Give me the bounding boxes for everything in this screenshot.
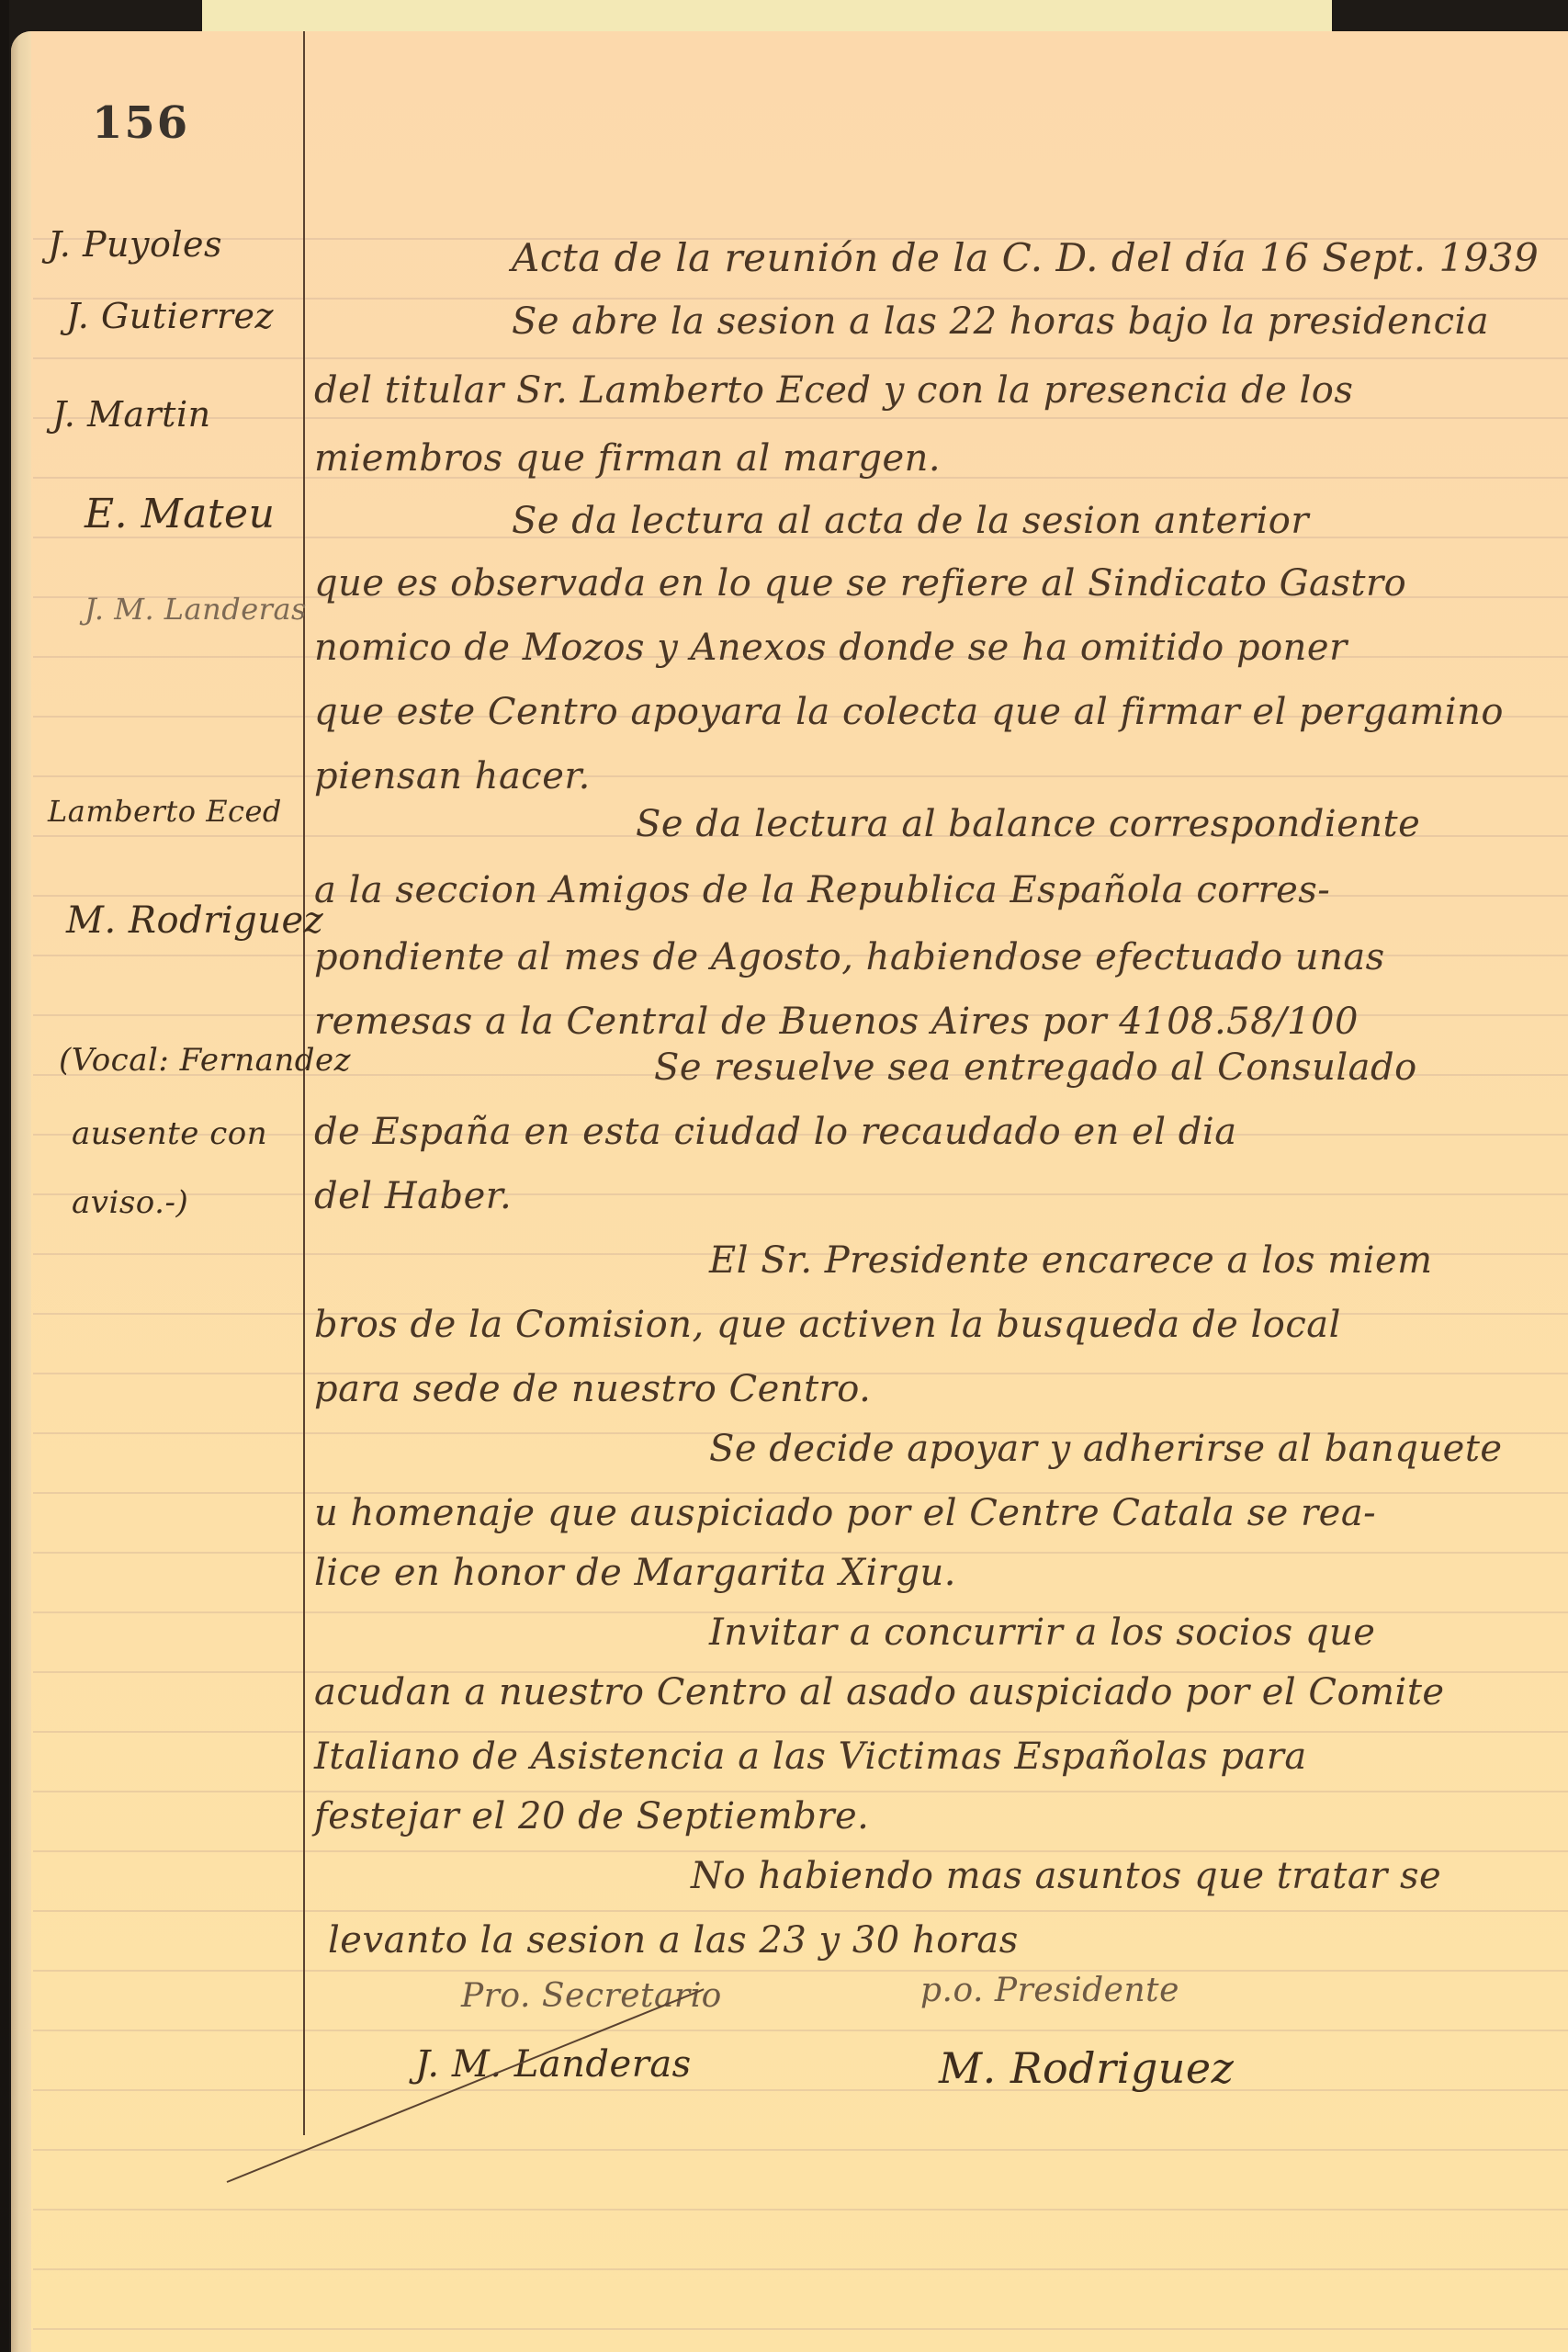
minutes-line: que este Centro apoyara la colecta que a… bbox=[314, 691, 1504, 733]
minutes-line: u homenaje que auspiciado por el Centre … bbox=[314, 1492, 1376, 1534]
minutes-line: festejar el 20 de Septiembre. bbox=[314, 1795, 869, 1837]
minutes-line: bros de la Comision, que activen la busq… bbox=[314, 1304, 1341, 1346]
book-binding bbox=[0, 0, 9, 2352]
minutes-line: de España en esta ciudad lo recaudado en… bbox=[314, 1111, 1237, 1153]
ruled-line bbox=[33, 2030, 1568, 2031]
ruled-line bbox=[33, 1731, 1568, 1733]
ruled-line bbox=[33, 417, 1568, 419]
minutes-line: levanto la sesion a las 23 y 30 horas bbox=[328, 1919, 1019, 1962]
ruled-line bbox=[33, 1850, 1568, 1852]
margin-signature: J. Gutierrez bbox=[66, 296, 274, 336]
ruled-line bbox=[33, 1970, 1568, 1972]
margin-signature: J. Martin bbox=[52, 394, 211, 435]
minutes-line: nomico de Mozos y Anexos donde se ha omi… bbox=[314, 627, 1348, 669]
absence-note-line: aviso.-) bbox=[72, 1184, 188, 1221]
minutes-line: Invitar a concurrir a los socios que bbox=[709, 1611, 1375, 1654]
minutes-line: Se decide apoyar y adherirse al banquete bbox=[709, 1428, 1503, 1470]
margin-signature: Lamberto Eced bbox=[48, 794, 282, 829]
signature-flourish bbox=[227, 1988, 705, 2183]
minutes-line: Se abre la sesion a las 22 horas bajo la… bbox=[512, 300, 1489, 343]
minutes-line: pondiente al mes de Agosto, habiendose e… bbox=[314, 936, 1385, 978]
president-signature: M. Rodriguez bbox=[939, 2043, 1234, 2093]
ruled-line bbox=[33, 2268, 1568, 2270]
page-number: 156 bbox=[92, 97, 189, 149]
minutes-title: Acta de la reunión de la C. D. del día 1… bbox=[512, 235, 1539, 280]
margin-signature: J. Puyoles bbox=[48, 224, 222, 265]
ruled-line bbox=[33, 2149, 1568, 2151]
minutes-line: para sede de nuestro Centro. bbox=[314, 1368, 871, 1410]
margin-signature: M. Rodriguez bbox=[66, 899, 323, 942]
minutes-line: miembros que firman al margen. bbox=[314, 437, 941, 480]
minutes-line: a la seccion Amigos de la Republica Espa… bbox=[314, 869, 1330, 911]
minutes-line: lice en honor de Margarita Xirgu. bbox=[314, 1552, 956, 1594]
scanned-ledger-scene: 156 J. Puyoles J. Gutierrez J. Martin E.… bbox=[0, 0, 1568, 2352]
ruled-line bbox=[33, 1193, 1568, 1195]
margin-signature: J. M. Landeras bbox=[85, 592, 307, 627]
minutes-line: que es observada en lo que se refiere al… bbox=[314, 562, 1406, 605]
ruled-line bbox=[33, 357, 1568, 359]
minutes-line: Se resuelve sea entregado al Consulado bbox=[654, 1046, 1417, 1089]
president-label: p.o. Presidente bbox=[920, 1972, 1179, 2009]
minutes-line: El Sr. Presidente encarece a los miem bbox=[709, 1239, 1433, 1282]
minutes-line: del titular Sr. Lamberto Eced y con la p… bbox=[314, 369, 1353, 412]
minutes-line: piensan hacer. bbox=[314, 755, 591, 797]
minutes-line: Italiano de Asistencia a las Victimas Es… bbox=[314, 1736, 1307, 1778]
ruled-line bbox=[33, 1791, 1568, 1792]
ruled-line bbox=[33, 2209, 1568, 2211]
ruled-line bbox=[33, 775, 1568, 777]
ledger-page: 156 J. Puyoles J. Gutierrez J. Martin E.… bbox=[11, 31, 1568, 2352]
margin-signature: E. Mateu bbox=[85, 491, 275, 537]
ruled-line bbox=[33, 2089, 1568, 2091]
minutes-line: acudan a nuestro Centro al asado auspici… bbox=[314, 1671, 1445, 1713]
ruled-line bbox=[33, 2328, 1568, 2330]
absence-note-line: ausente con bbox=[72, 1115, 267, 1152]
absence-note-line: (Vocal: Fernandez bbox=[59, 1042, 351, 1079]
minutes-line: del Haber. bbox=[314, 1175, 512, 1217]
ruled-line bbox=[33, 1910, 1568, 1912]
minutes-line: Se da lectura al balance correspondiente bbox=[636, 803, 1420, 845]
page-stack-edge bbox=[11, 31, 31, 2352]
margin-rule bbox=[303, 31, 305, 2135]
minutes-line: Se da lectura al acta de la sesion anter… bbox=[512, 500, 1309, 542]
minutes-line: remesas a la Central de Buenos Aires por… bbox=[314, 1001, 1359, 1043]
minutes-line: No habiendo mas asuntos que tratar se bbox=[691, 1855, 1441, 1897]
